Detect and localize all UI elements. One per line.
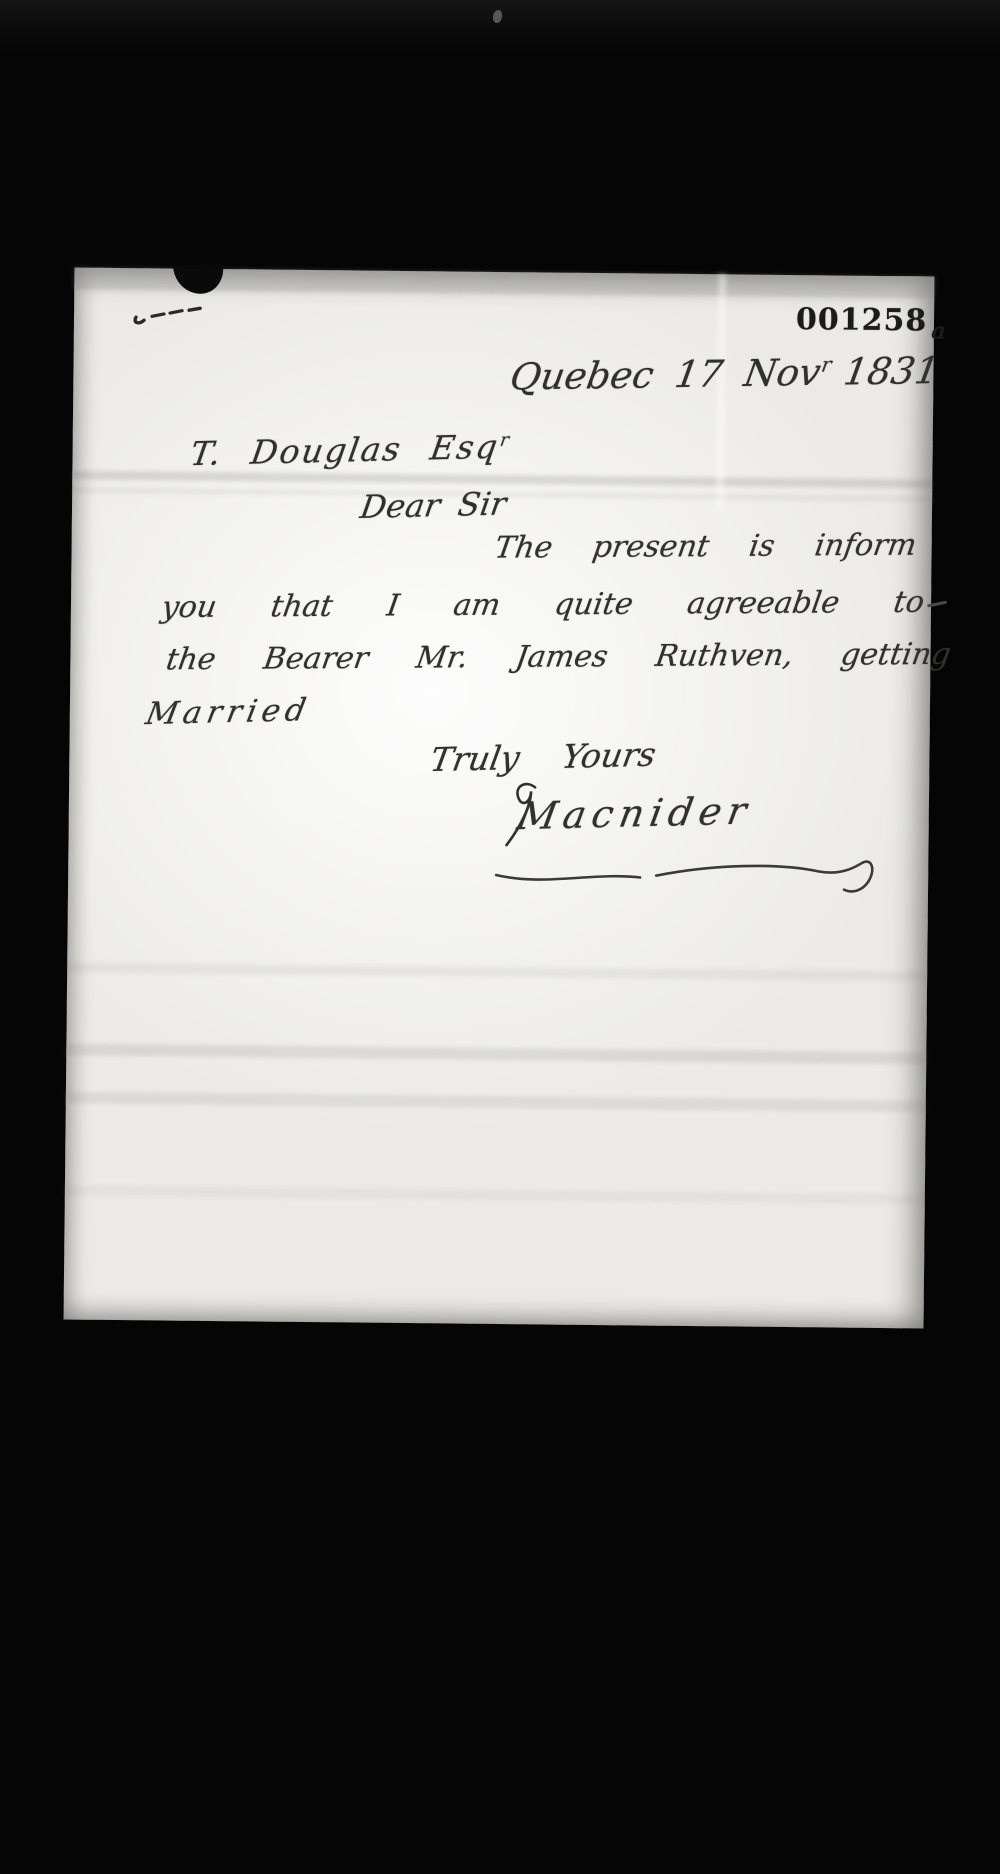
scanner-top-glow xyxy=(0,0,1000,60)
closing-line: Truly Yours xyxy=(427,735,659,779)
dateline-year: 1831 xyxy=(841,349,942,393)
dateline-place-day: Quebec 17 Nov xyxy=(507,351,824,399)
archive-stamp: 001258a xyxy=(796,302,947,345)
dateline: Quebec 17 Novr1831 xyxy=(507,349,942,399)
fold-crease xyxy=(66,1091,926,1112)
stamp-suffix: a xyxy=(931,318,946,345)
addressee-line: T. Douglas Esqr xyxy=(188,427,513,474)
body-line-1: The present is inform xyxy=(492,528,918,566)
addressee-name: T. Douglas Esq xyxy=(188,427,502,473)
binding-tape-mark xyxy=(173,264,224,294)
letter-page: 001258a Quebec 17 Novr1831 T. Douglas Es… xyxy=(64,268,935,1329)
fold-crease xyxy=(66,1043,926,1064)
addressee-superscript: r xyxy=(498,430,512,451)
signature-flourish xyxy=(488,845,889,901)
signature: Macnider xyxy=(514,789,755,839)
body-line-3: the Bearer Mr. James Ruthven, getting xyxy=(164,637,953,677)
stamp-number: 001258 xyxy=(796,302,928,338)
archival-scan: { "scan": { "stamp": { "number": "001258… xyxy=(0,0,1000,1874)
ink-marks xyxy=(130,299,208,328)
fold-crease xyxy=(65,1185,925,1204)
body-line-4: Married xyxy=(143,692,314,732)
salutation: Dear Sir xyxy=(358,485,509,526)
fold-crease xyxy=(67,962,927,981)
stray-ink-dash xyxy=(927,601,947,608)
body-line-2: you that I am quite agreeable to xyxy=(159,585,926,625)
